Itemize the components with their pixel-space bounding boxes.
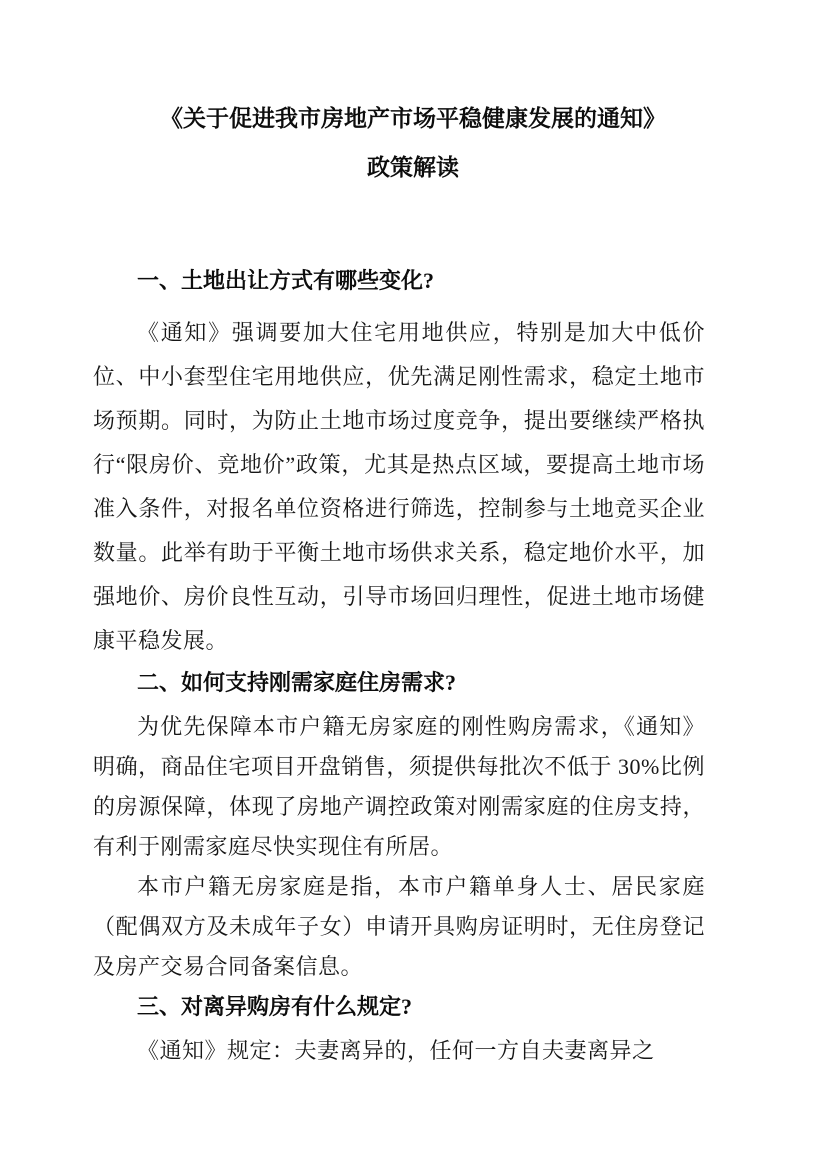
section-1-paragraph-1: 《通知》强调要加大住宅用地供应，特别是加大中低价位、中小套型住宅用地供应，优先满…	[93, 311, 705, 663]
document-page: 《关于促进我市房地产市场平稳健康发展的通知》 政策解读 一、土地出让方式有哪些变…	[0, 0, 826, 1169]
document-title-line-1: 《关于促进我市房地产市场平稳健康发展的通知》	[0, 104, 826, 132]
section-3-paragraph-1: 《通知》规定：夫妻离异的，任何一方自夫妻离异之	[93, 1031, 705, 1071]
document-body: 一、土地出让方式有哪些变化? 《通知》强调要加大住宅用地供应，特别是加大中低价位…	[93, 259, 705, 1071]
section-1-heading: 一、土地出让方式有哪些变化?	[93, 259, 705, 303]
section-3-heading: 三、对离异购房有什么规定?	[93, 987, 705, 1027]
section-2-heading: 二、如何支持刚需家庭住房需求?	[93, 663, 705, 703]
section-2-paragraph-1: 为优先保障本市户籍无房家庭的刚性购房需求，《通知》明确，商品住宅项目开盘销售，须…	[93, 707, 705, 867]
document-title: 《关于促进我市房地产市场平稳健康发展的通知》 政策解读	[0, 0, 826, 181]
section-2-paragraph-2: 本市户籍无房家庭是指，本市户籍单身人士、居民家庭（配偶双方及未成年子女）申请开具…	[93, 867, 705, 987]
document-title-line-2: 政策解读	[0, 153, 826, 181]
